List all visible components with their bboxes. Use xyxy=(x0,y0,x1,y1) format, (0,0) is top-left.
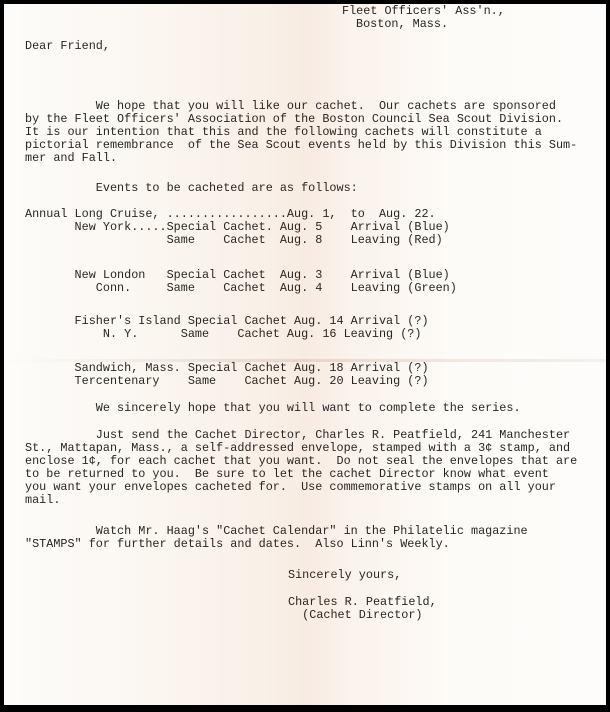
events-intro: Events to be cacheted are as follows: xyxy=(25,182,358,195)
valediction: Sincerely yours, xyxy=(288,569,401,582)
salutation: Dear Friend, xyxy=(25,40,110,53)
series-line: We sincerely hope that you will want to … xyxy=(25,402,521,415)
paragraph-line: you want your envelopes cacheted for. Us… xyxy=(25,481,556,494)
event-row: Tercentenary Same Cachet Aug. 20 Leaving… xyxy=(25,375,429,388)
paragraph-line: mer and Fall. xyxy=(25,152,117,165)
event-row: N. Y. Same Cachet Aug. 16 Leaving (?) xyxy=(25,328,421,341)
letter-page: Fleet Officers' Ass'n., Boston, Mass. De… xyxy=(4,4,606,705)
event-row: Conn. Same Cachet Aug. 4 Leaving (Green) xyxy=(25,282,457,295)
letterhead-city: Boston, Mass. xyxy=(356,18,448,31)
paragraph-line: "STAMPS" for further details and dates. … xyxy=(25,538,450,551)
paragraph-line: mail. xyxy=(25,494,60,507)
signer-title: (Cachet Director) xyxy=(288,609,423,622)
event-row: Same Cachet Aug. 8 Leaving (Red) xyxy=(25,234,443,247)
